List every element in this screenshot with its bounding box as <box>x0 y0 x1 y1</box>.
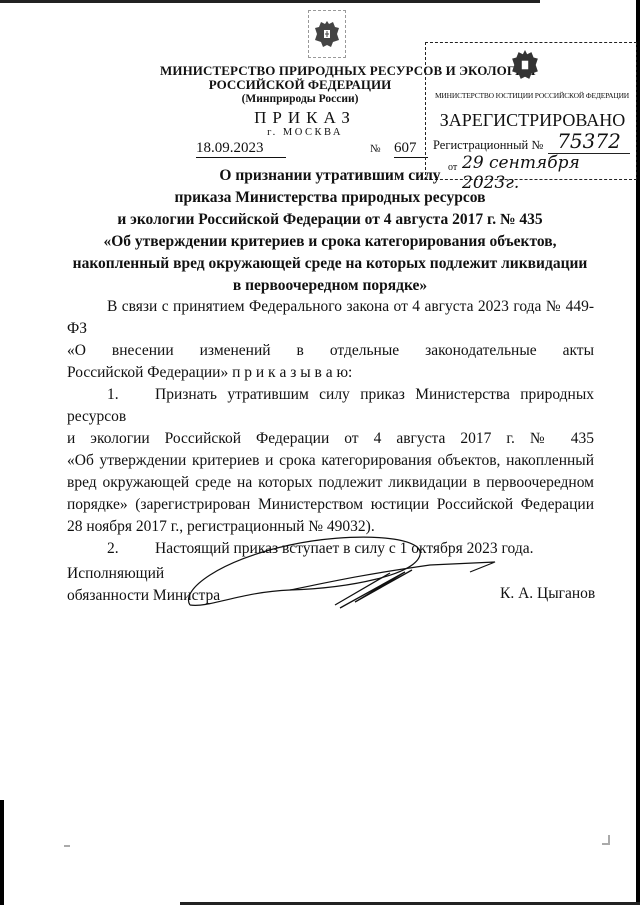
preamble-line: В связи с принятием Федерального закона … <box>67 296 594 340</box>
stamp-authority: МИНИСТЕРСТВО ЮСТИЦИИ РОССИЙСКОЙ ФЕДЕРАЦИ… <box>432 91 632 100</box>
stamp-coat-of-arms-icon <box>508 45 542 85</box>
document-body: В связи с принятием Федерального закона … <box>67 296 594 560</box>
item-text-line: и экологии Российской Федерации от 4 авг… <box>67 428 594 450</box>
city: г. МОСКВА <box>240 127 370 138</box>
scan-edge-left <box>0 800 4 905</box>
title-line: «Об утверждении критериев и срока катего… <box>60 231 600 253</box>
signer-name: К. А. Цыганов <box>500 585 595 603</box>
document-date: 18.09.2023 <box>196 140 286 158</box>
scan-mark <box>64 845 70 847</box>
scan-mark <box>602 835 610 845</box>
ministry-short-name: (Минприроды России) <box>200 93 400 105</box>
list-item-1: 1.Признать утратившим силу приказ Минист… <box>67 384 594 428</box>
title-line: и экологии Российской Федерации от 4 авг… <box>60 209 600 231</box>
document-type: ПРИКАЗ <box>240 108 370 128</box>
coat-of-arms-icon <box>308 10 346 58</box>
title-line: в первоочередном порядке» <box>60 275 600 297</box>
stamp-reg-number: 75372 <box>548 129 630 154</box>
title-line: накопленный вред окружающей среде на кот… <box>60 253 600 275</box>
title-line: приказа Министерства природных ресурсов <box>60 187 600 209</box>
stamp-reg-label: Регистрационный № <box>433 138 543 153</box>
stamp-status: ЗАРЕГИСТРИРОВАНО <box>430 110 635 131</box>
handwritten-signature-icon <box>180 530 510 620</box>
title-line: О признании утратившим силу <box>60 165 600 187</box>
scan-edge-top <box>0 0 540 3</box>
document-number: 607 <box>394 140 428 158</box>
item-number: 1. <box>107 384 155 406</box>
preamble-line: Российской Федерации» п р и к а з ы в а … <box>67 362 594 384</box>
ministry-name-line2: РОССИЙСКОЙ ФЕДЕРАЦИИ <box>200 77 400 93</box>
document-title: О признании утратившим силу приказа Мини… <box>60 165 600 297</box>
preamble-line: «О внесении изменений в отдельные законо… <box>67 340 594 362</box>
item-text-rest: «Об утверждении критериев и срока катего… <box>67 450 594 538</box>
item-number: 2. <box>107 538 155 560</box>
number-label: № <box>370 143 381 155</box>
